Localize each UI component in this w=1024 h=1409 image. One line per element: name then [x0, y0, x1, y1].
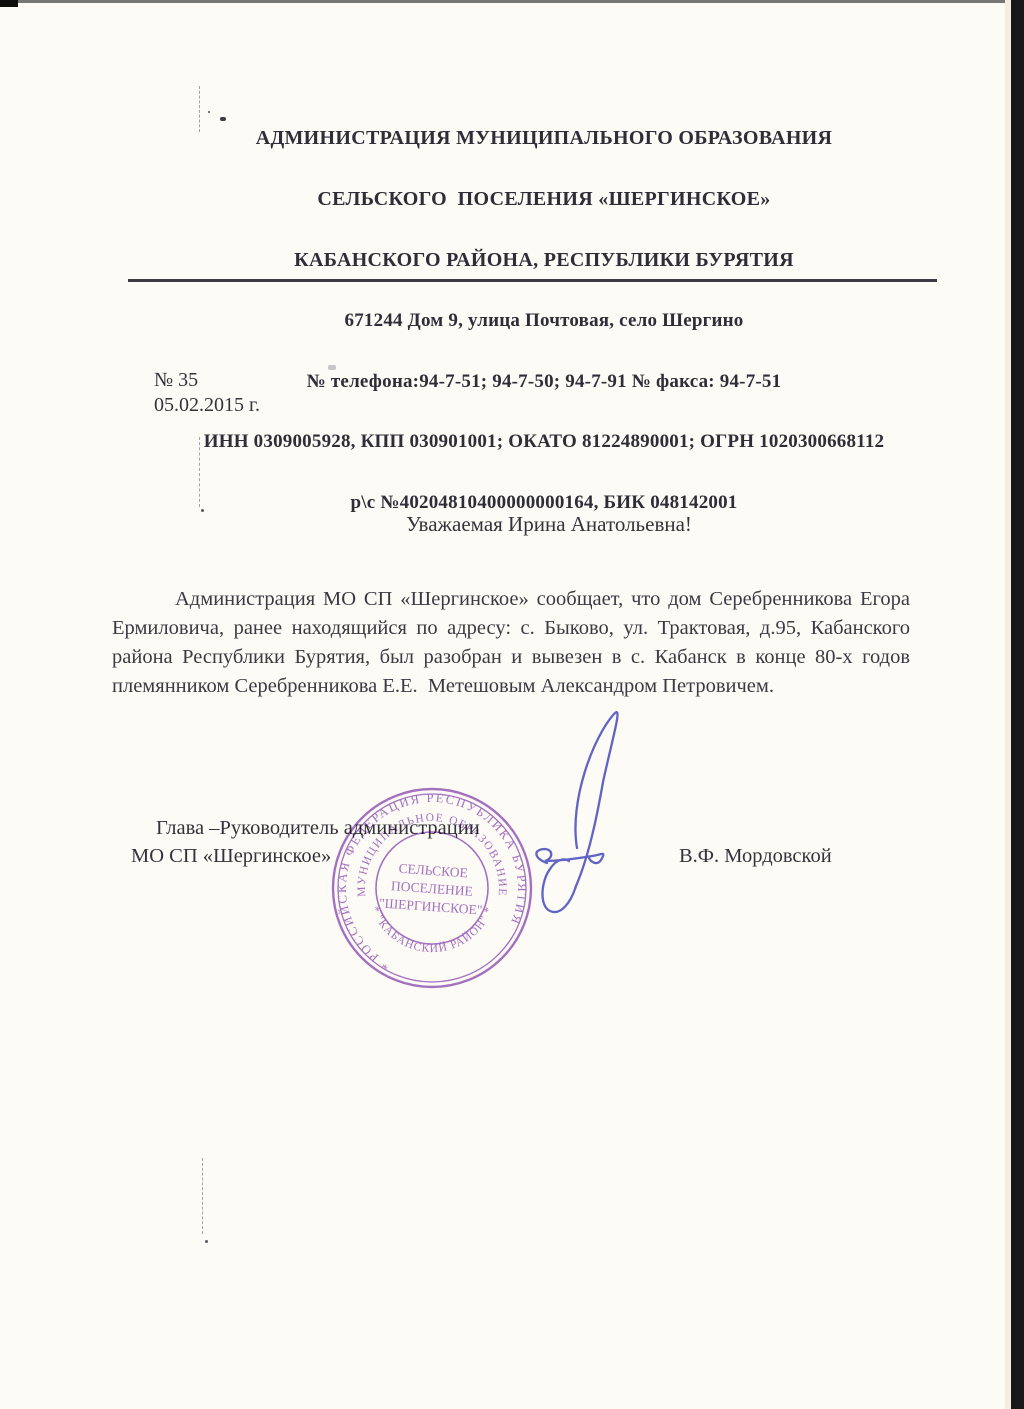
letterhead-codes: ИНН 0309005928, КПП 030901001; ОКАТО 812…	[84, 430, 1004, 455]
letterhead-address: 671244 Дом 9, улица Почтовая, село Шерги…	[84, 309, 1004, 334]
scan-corner-mark	[0, 0, 18, 7]
letter-number: № 35	[154, 369, 198, 392]
letterhead-divider-rule	[128, 279, 937, 282]
signature-tall-loop	[575, 712, 617, 886]
handwritten-signature	[500, 700, 670, 940]
letterhead-phones: № телефона:94-7-51; 94-7-50; 94-7-91 № ф…	[84, 370, 1004, 395]
scan-edge-top	[0, 0, 1024, 3]
signature-title-line-2: МО СП «Шергинское»	[131, 845, 331, 868]
letterhead-line-3: КАБАНСКОГО РАЙОНА, РЕСПУБЛИКИ БУРЯТИЯ	[84, 248, 1004, 273]
fold-mark-bottom	[202, 1158, 203, 1234]
greeting-line: Уважаемая Ирина Анатольевна!	[74, 512, 1024, 537]
signer-name: В.Ф. Мордовской	[679, 845, 832, 868]
scan-edge-right	[1011, 0, 1024, 1409]
letterhead-line-2: СЕЛЬСКОГО ПОСЕЛЕНИЯ «ШЕРГИНСКОЕ»	[84, 187, 1004, 212]
stamp-center-line-2: ПОСЕЛЕНИЕ	[391, 878, 474, 899]
scanned-letter-page: АДМИНИСТРАЦИЯ МУНИЦИПАЛЬНОГО ОБРАЗОВАНИЯ…	[0, 0, 1024, 1409]
stamp-center-line-3: "ШЕРГИНСКОЕ"	[379, 895, 483, 917]
letter-date: 05.02.2015 г.	[154, 394, 260, 417]
signature-descender-loop	[542, 859, 576, 912]
body-paragraph: Администрация МО СП «Шергинское» сообщае…	[112, 585, 910, 701]
letterhead: АДМИНИСТРАЦИЯ МУНИЦИПАЛЬНОГО ОБРАЗОВАНИЯ…	[84, 90, 1004, 551]
stamp-center-line-1: СЕЛЬСКОЕ	[398, 861, 468, 881]
ink-dot	[205, 1240, 208, 1243]
letterhead-line-1: АДМИНИСТРАЦИЯ МУНИЦИПАЛЬНОГО ОБРАЗОВАНИЯ	[84, 126, 1004, 151]
